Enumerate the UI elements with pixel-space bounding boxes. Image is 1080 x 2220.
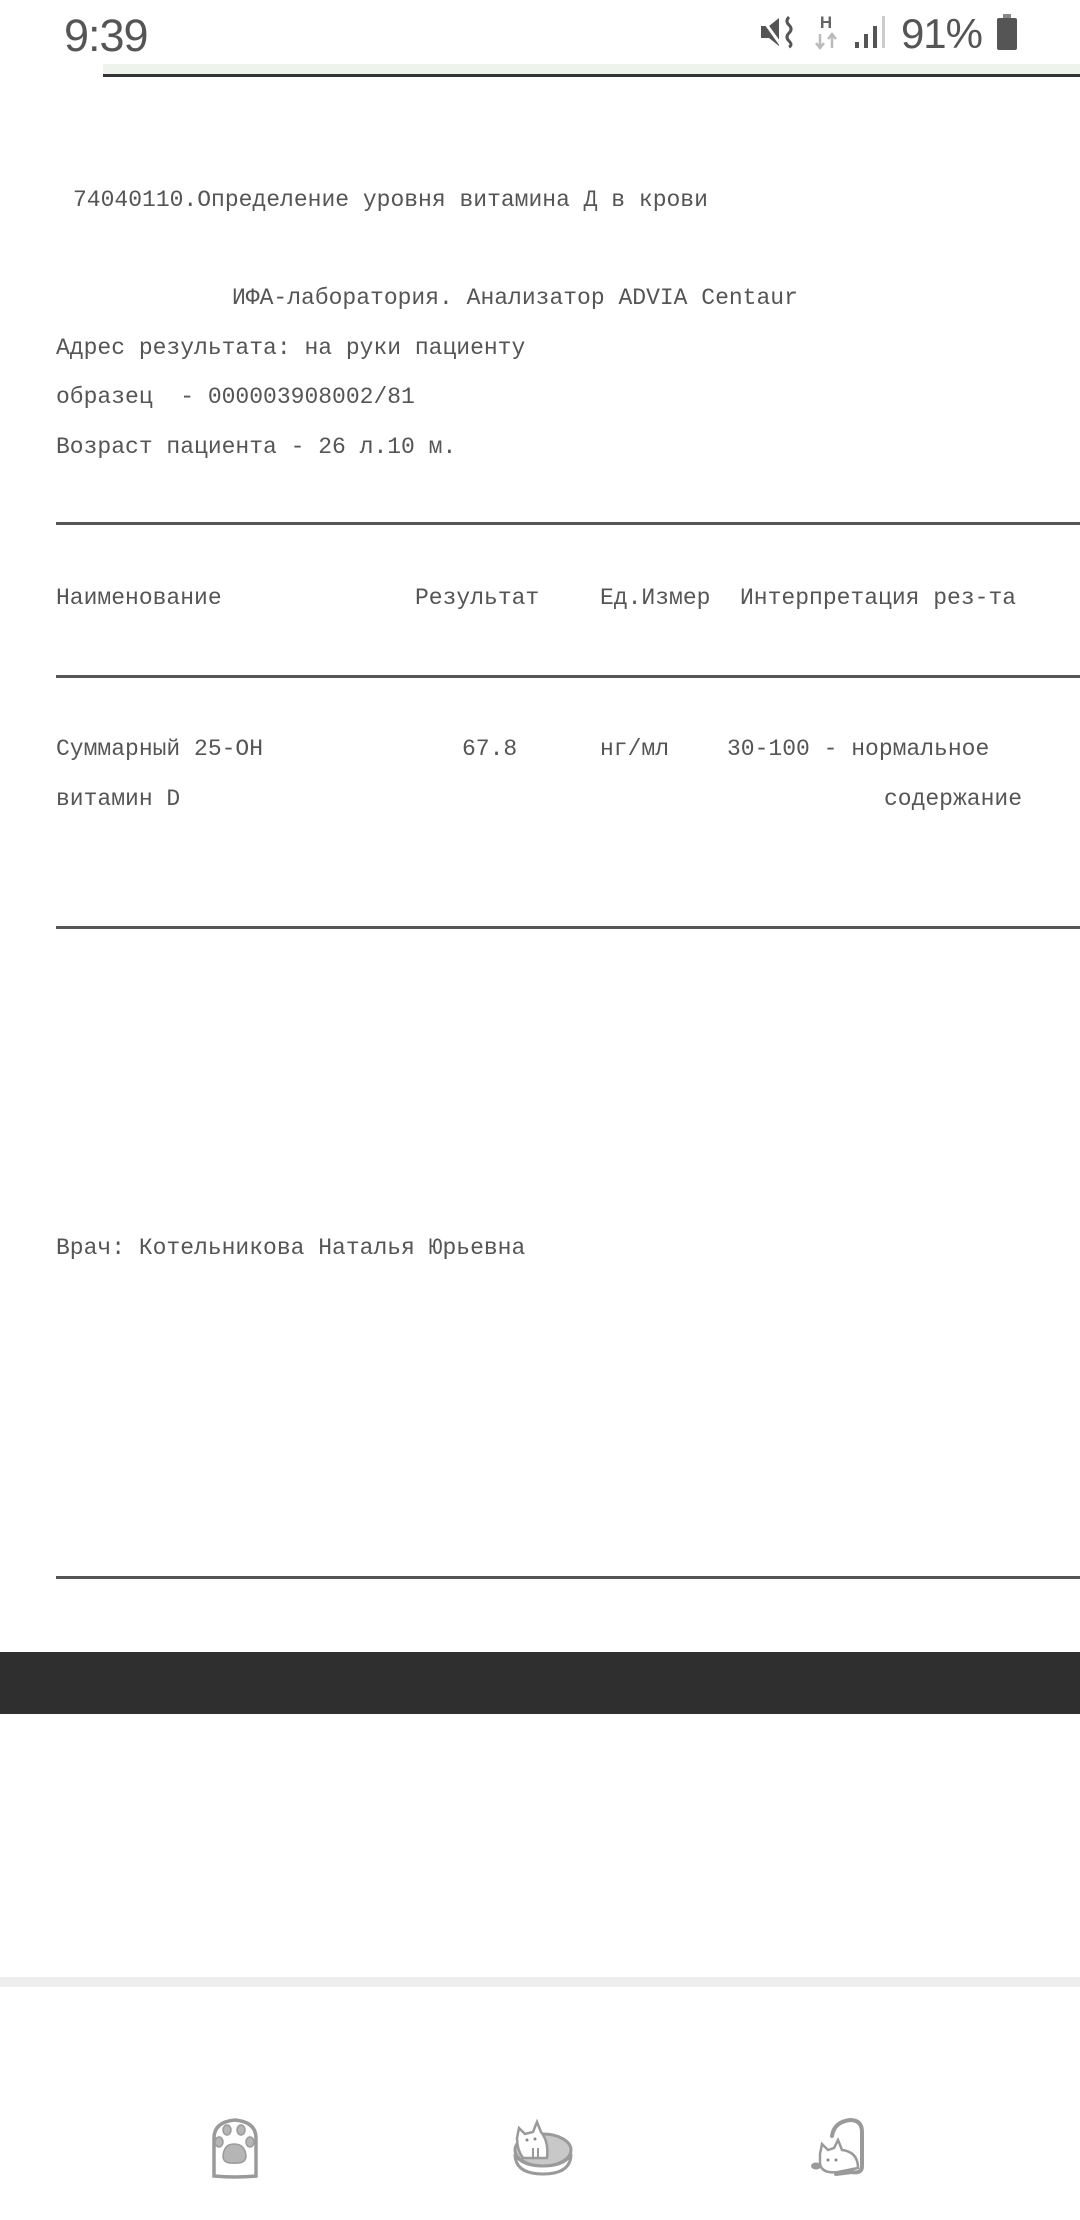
status-bar: 9:39 H 91% [0, 0, 1080, 64]
nav-paw-button[interactable] [195, 2110, 275, 2190]
header-result: Результат [415, 584, 539, 612]
top-rule [103, 74, 1080, 77]
result-address: Адрес результата: на руки пациенту [56, 334, 525, 362]
header-name: Наименование [56, 584, 222, 612]
test-title: 74040110.Определение уровня витамина Д в… [73, 186, 708, 214]
document-bottom-rule [56, 1576, 1080, 1579]
table-bottom-rule [56, 926, 1080, 929]
status-time: 9:39 [64, 10, 148, 62]
row-interpretation-line2: содержание [884, 785, 1022, 813]
status-icons: H 91% [759, 12, 1018, 56]
row-name-line1: Суммарный 25-OH [56, 735, 263, 763]
nav-cat-bed-button[interactable] [500, 2110, 580, 2190]
row-result: 67.8 [462, 735, 517, 763]
cat-in-bed-icon [505, 2118, 575, 2183]
header-unit: Ед.Измер [600, 584, 710, 612]
stretching-cat-icon [808, 2116, 872, 2185]
nav-divider [0, 1977, 1080, 1987]
patient-age: Возраст пациента - 26 л.10 м. [56, 433, 456, 461]
bottom-nav [0, 2090, 1080, 2210]
hspa-data-icon: H [813, 12, 839, 57]
signal-icon [853, 14, 887, 55]
mute-vibrate-icon [759, 15, 799, 54]
header-interpretation: Интерпретация рез-та [740, 584, 1016, 612]
svg-text:H: H [820, 13, 832, 32]
table-top-rule [56, 522, 1080, 525]
row-unit: нг/мл [600, 735, 669, 763]
top-rule-tint [103, 64, 1080, 74]
cat-paw-icon [208, 2116, 262, 2185]
table-header-rule [56, 675, 1080, 678]
sample-id: образец - 000003908002/81 [56, 383, 415, 411]
battery-percent: 91% [901, 10, 982, 58]
nav-stretching-cat-button[interactable] [800, 2110, 880, 2190]
document-footer-band [0, 1652, 1080, 1714]
doctor-name: Врач: Котельникова Наталья Юрьевна [56, 1234, 525, 1262]
lab-result-document: 74040110.Определение уровня витамина Д в… [0, 64, 1080, 1652]
lab-name: ИФА-лаборатория. Анализатор ADVIA Centau… [232, 284, 798, 312]
row-name-line2: витамин D [56, 785, 180, 813]
row-interpretation-line1: 30-100 - нормальное [727, 735, 989, 763]
battery-icon [996, 13, 1018, 56]
